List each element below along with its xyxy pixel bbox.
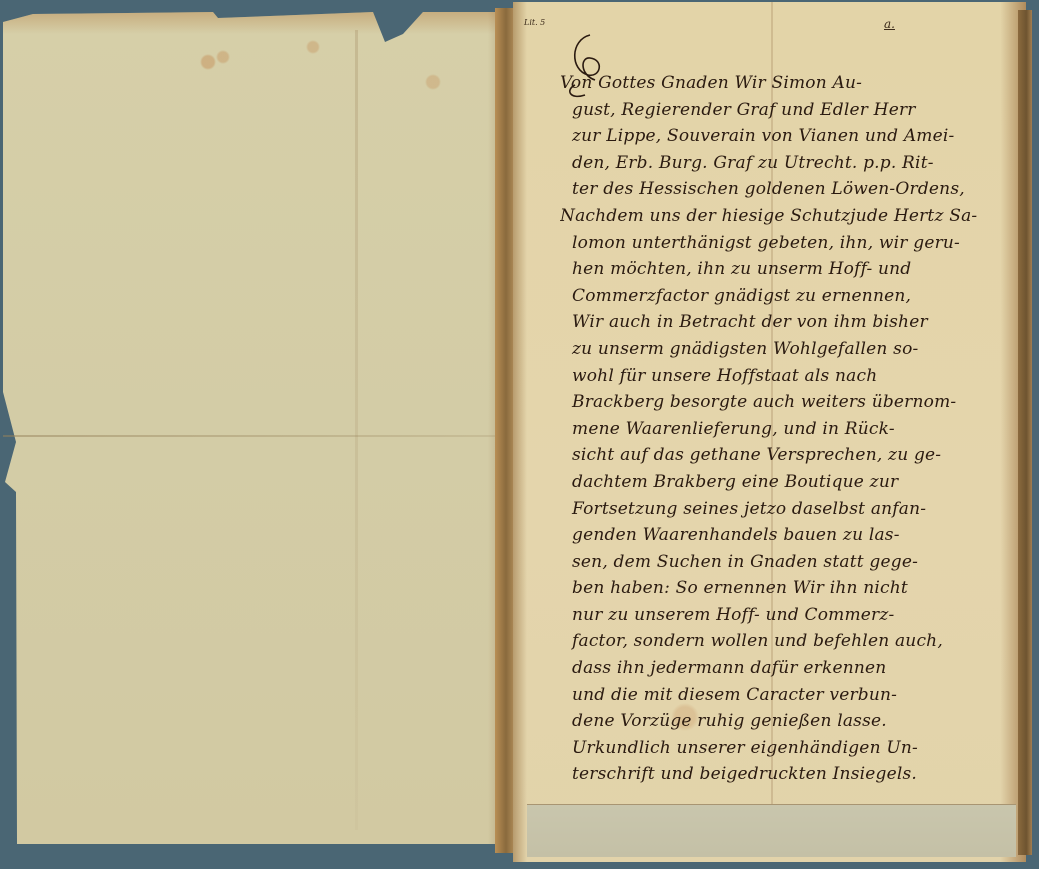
- manuscript-line: mene Waarenlieferung, und in Rück-: [560, 416, 1020, 443]
- manuscript-line: Urkundlich unserer eigenhändigen Un-: [560, 735, 1020, 762]
- left-page: [3, 12, 508, 844]
- manuscript-line: hen möchten, ihn zu unserm Hoff- und: [560, 256, 1020, 283]
- manuscript-line: terschrift und beigedruckten Insiegels.: [560, 761, 1020, 788]
- right-edge: [1018, 10, 1032, 855]
- manuscript-line: dachtem Brakberg eine Boutique zur: [560, 469, 1020, 496]
- manuscript-line: Fortsetzung seines jetzo daselbst anfan-: [560, 496, 1020, 523]
- folio-mark: a.: [884, 17, 895, 31]
- manuscript-line: sicht auf das gethane Versprechen, zu ge…: [560, 442, 1020, 469]
- manuscript-line: ben haben: So ernennen Wir ihn nicht: [560, 575, 1020, 602]
- archive-reference: Lit. 5: [524, 18, 545, 27]
- manuscript-line: factor, sondern wollen und befehlen auch…: [560, 628, 1020, 655]
- manuscript-text: Von Gottes Gnaden Wir Simon Au-gust, Reg…: [560, 70, 1020, 788]
- manuscript-line: gust, Regierender Graf und Edler Herr: [560, 97, 1020, 124]
- bottom-paper-strip: [527, 804, 1016, 857]
- manuscript-line: lomon unterthänigst gebeten, ihn, wir ge…: [560, 230, 1020, 257]
- manuscript-line: dene Vorzüge ruhig genießen lasse.: [560, 708, 1020, 735]
- manuscript-line: wohl für unsere Hoffstaat als nach: [560, 363, 1020, 390]
- manuscript-line: Nachdem uns der hiesige Schutzjude Hertz…: [560, 203, 1020, 230]
- manuscript-line: zu unserm gnädigsten Wohlgefallen so-: [560, 336, 1020, 363]
- horizontal-fold: [3, 435, 503, 437]
- manuscript-line: nur zu unserem Hoff- und Commerz-: [560, 602, 1020, 629]
- manuscript-line: Wir auch in Betracht der von ihm bisher: [560, 309, 1020, 336]
- manuscript-line: genden Waarenhandels bauen zu las-: [560, 522, 1020, 549]
- manuscript-line: den, Erb. Burg. Graf zu Utrecht. p.p. Ri…: [560, 150, 1020, 177]
- manuscript-line: dass ihn jedermann dafür erkennen: [560, 655, 1020, 682]
- manuscript-line: ter des Hessischen goldenen Löwen-Ordens…: [560, 176, 1020, 203]
- vertical-fold: [355, 30, 358, 830]
- manuscript-line: Brackberg besorgte auch weiters übernom-: [560, 389, 1020, 416]
- manuscript-line: sen, dem Suchen in Gnaden statt gege-: [560, 549, 1020, 576]
- manuscript-line: und die mit diesem Caracter verbun-: [560, 682, 1020, 709]
- manuscript-line: zur Lippe, Souverain von Vianen und Amei…: [560, 123, 1020, 150]
- manuscript-line: Commerzfactor gnädigst zu ernennen,: [560, 283, 1020, 310]
- manuscript-line: Von Gottes Gnaden Wir Simon Au-: [560, 70, 1020, 97]
